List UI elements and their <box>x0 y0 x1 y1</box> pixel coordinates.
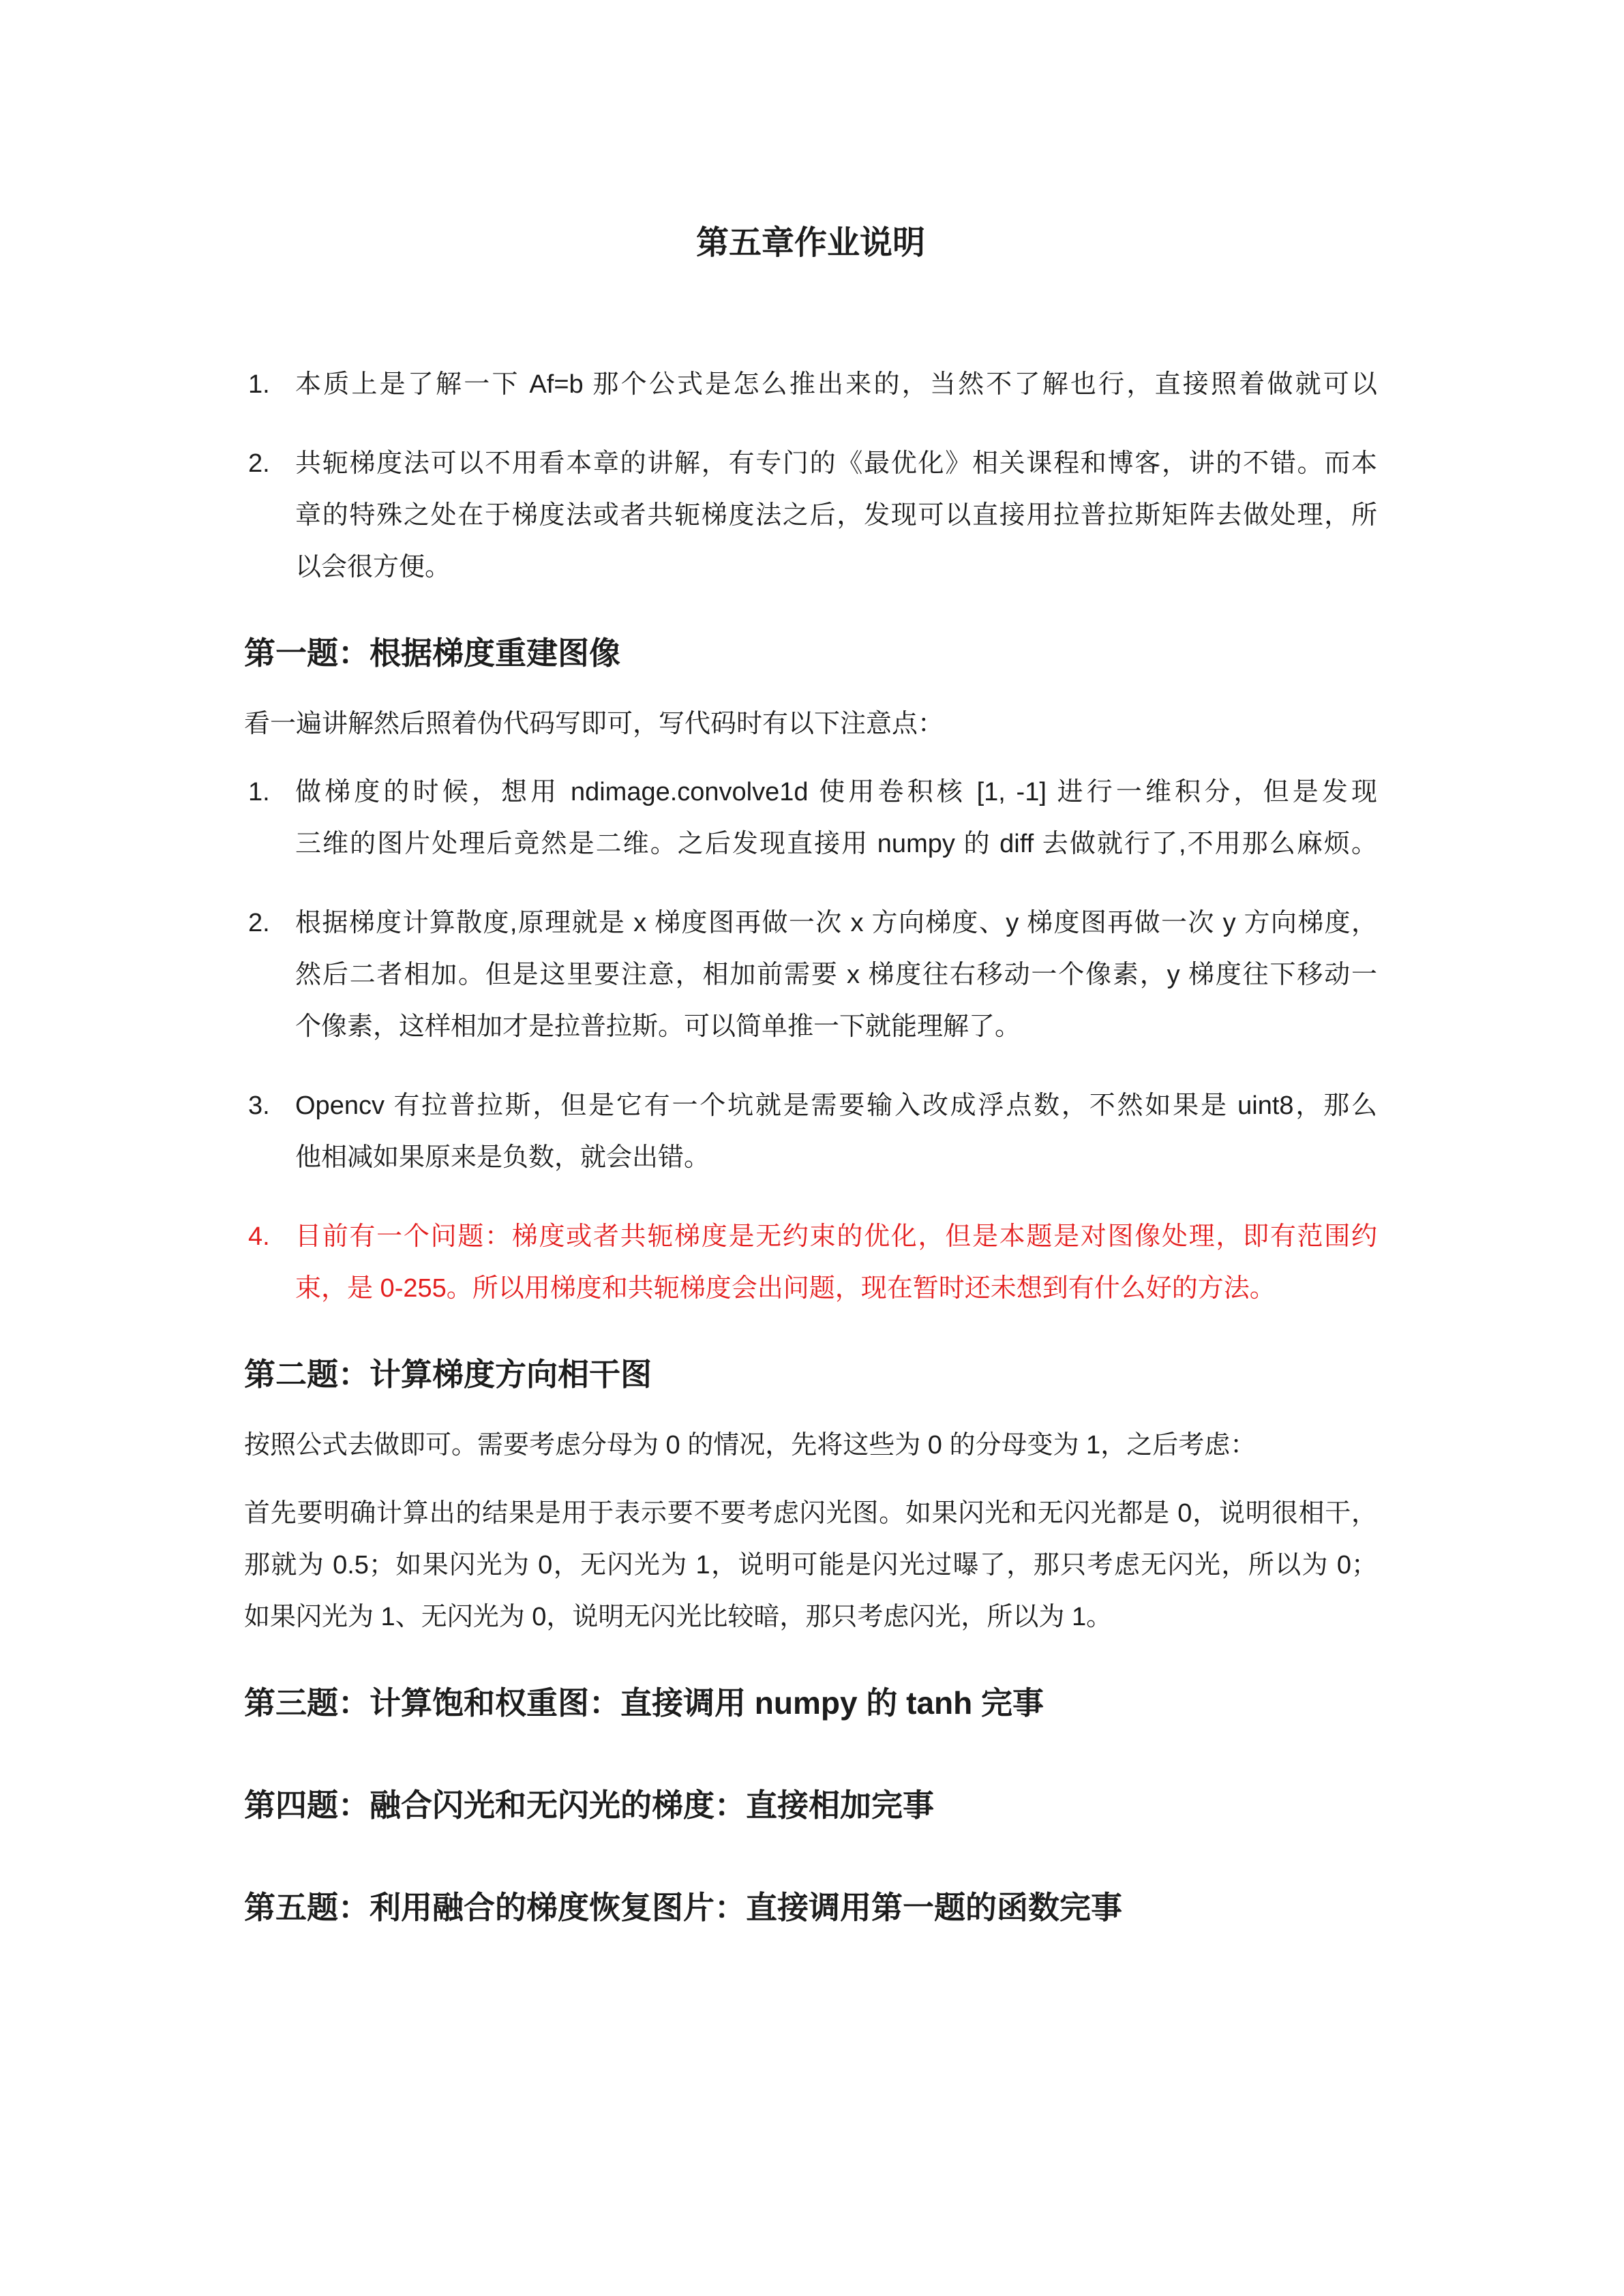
intro-list-item-1: 1. 本质上是了解一下 Af=b 那个公式是怎么推出来的，当然不了解也行，直接照… <box>244 359 1377 410</box>
text-line: 他相减如果原来是负数，就会出错。 <box>295 1132 1377 1183</box>
section2-heading: 第二题：计算梯度方向相干图 <box>244 1353 1377 1396</box>
text-line: 然后二者相加。但是这里要注意，相加前需要 x 梯度往右移动一个像素，y 梯度往下… <box>295 949 1377 1001</box>
section5-heading: 第五题：利用融合的梯度恢复图片：直接调用第一题的函数完事 <box>244 1886 1377 1929</box>
text-line: Opencv 有拉普拉斯，但是它有一个坑就是需要输入改成浮点数，不然如果是 ui… <box>295 1080 1377 1132</box>
text-line: 根据梯度计算散度,原理就是 x 梯度图再做一次 x 方向梯度、y 梯度图再做一次… <box>295 897 1377 949</box>
section1-intro: 看一遍讲解然后照着伪代码写即可，写代码时有以下注意点： <box>244 698 1377 750</box>
section1-list-item-2: 2. 根据梯度计算散度,原理就是 x 梯度图再做一次 x 方向梯度、y 梯度图再… <box>244 897 1377 1053</box>
list-item-text: 共轭梯度法可以不用看本章的讲解，有专门的《最优化》相关课程和博客，讲的不错。而本… <box>295 438 1377 593</box>
list-item-text: 本质上是了解一下 Af=b 那个公式是怎么推出来的，当然不了解也行，直接照着做就… <box>295 359 1377 410</box>
list-number: 1. <box>248 359 270 410</box>
list-number: 3. <box>248 1080 270 1132</box>
section4-heading: 第四题：融合闪光和无闪光的梯度：直接相加完事 <box>244 1783 1377 1827</box>
list-number: 4. <box>248 1211 270 1263</box>
section1-heading: 第一题：根据梯度重建图像 <box>244 631 1377 675</box>
text-line: 做梯度的时候，想用 ndimage.convolve1d 使用卷积核 [1, -… <box>295 766 1377 818</box>
section1-list-item-1: 1. 做梯度的时候，想用 ndimage.convolve1d 使用卷积核 [1… <box>244 766 1377 870</box>
intro-list-item-2: 2. 共轭梯度法可以不用看本章的讲解，有专门的《最优化》相关课程和博客，讲的不错… <box>244 438 1377 593</box>
text-line: 以会很方便。 <box>295 541 1377 593</box>
document-title: 第五章作业说明 <box>244 222 1377 265</box>
text-line: 本质上是了解一下 Af=b 那个公式是怎么推出来的，当然不了解也行，直接照着做就… <box>295 359 1377 410</box>
text-line: 章的特殊之处在于梯度法或者共轭梯度法之后，发现可以直接用拉普拉斯矩阵去做处理，所 <box>295 489 1377 541</box>
text-line: 共轭梯度法可以不用看本章的讲解，有专门的《最优化》相关课程和博客，讲的不错。而本 <box>295 438 1377 489</box>
text-line: 那就为 0.5；如果闪光为 0，无闪光为 1，说明可能是闪光过曝了，那只考虑无闪… <box>244 1539 1377 1591</box>
list-item-text: Opencv 有拉普拉斯，但是它有一个坑就是需要输入改成浮点数，不然如果是 ui… <box>295 1080 1377 1183</box>
text-line: 三维的图片处理后竟然是二维。之后发现直接用 numpy 的 diff 去做就行了… <box>295 818 1377 870</box>
section2-para1: 按照公式去做即可。需要考虑分母为 0 的情况，先将这些为 0 的分母变为 1，之… <box>244 1419 1377 1471</box>
list-number: 2. <box>248 438 270 489</box>
text-line: 首先要明确计算出的结果是用于表示要不要考虑闪光图。如果闪光和无闪光都是 0，说明… <box>244 1487 1377 1539</box>
document-content: 第五章作业说明 1. 本质上是了解一下 Af=b 那个公式是怎么推出来的，当然不… <box>0 0 1624 1929</box>
document-page: 第五章作业说明 1. 本质上是了解一下 Af=b 那个公式是怎么推出来的，当然不… <box>0 0 1624 2296</box>
text-line: 如果闪光为 1、无闪光为 0，说明无闪光比较暗，那只考虑闪光，所以为 1。 <box>244 1591 1377 1643</box>
list-item-text: 根据梯度计算散度,原理就是 x 梯度图再做一次 x 方向梯度、y 梯度图再做一次… <box>295 897 1377 1053</box>
list-item-text: 目前有一个问题：梯度或者共轭梯度是无约束的优化，但是本题是对图像处理，即有范围约… <box>295 1211 1377 1314</box>
text-line: 束，是 0-255。所以用梯度和共轭梯度会出问题，现在暂时还未想到有什么好的方法… <box>295 1263 1377 1314</box>
section1-list-item-3: 3. Opencv 有拉普拉斯，但是它有一个坑就是需要输入改成浮点数，不然如果是… <box>244 1080 1377 1183</box>
list-number: 2. <box>248 897 270 949</box>
list-number: 1. <box>248 766 270 818</box>
list-item-text: 做梯度的时候，想用 ndimage.convolve1d 使用卷积核 [1, -… <box>295 766 1377 870</box>
text-line: 目前有一个问题：梯度或者共轭梯度是无约束的优化，但是本题是对图像处理，即有范围约 <box>295 1211 1377 1263</box>
section1-list-item-4-warning: 4. 目前有一个问题：梯度或者共轭梯度是无约束的优化，但是本题是对图像处理，即有… <box>244 1211 1377 1314</box>
section2-para2: 首先要明确计算出的结果是用于表示要不要考虑闪光图。如果闪光和无闪光都是 0，说明… <box>244 1487 1377 1643</box>
text-line: 个像素，这样相加才是拉普拉斯。可以简单推一下就能理解了。 <box>295 1001 1377 1053</box>
section3-heading: 第三题：计算饱和权重图：直接调用 numpy 的 tanh 完事 <box>244 1681 1377 1725</box>
